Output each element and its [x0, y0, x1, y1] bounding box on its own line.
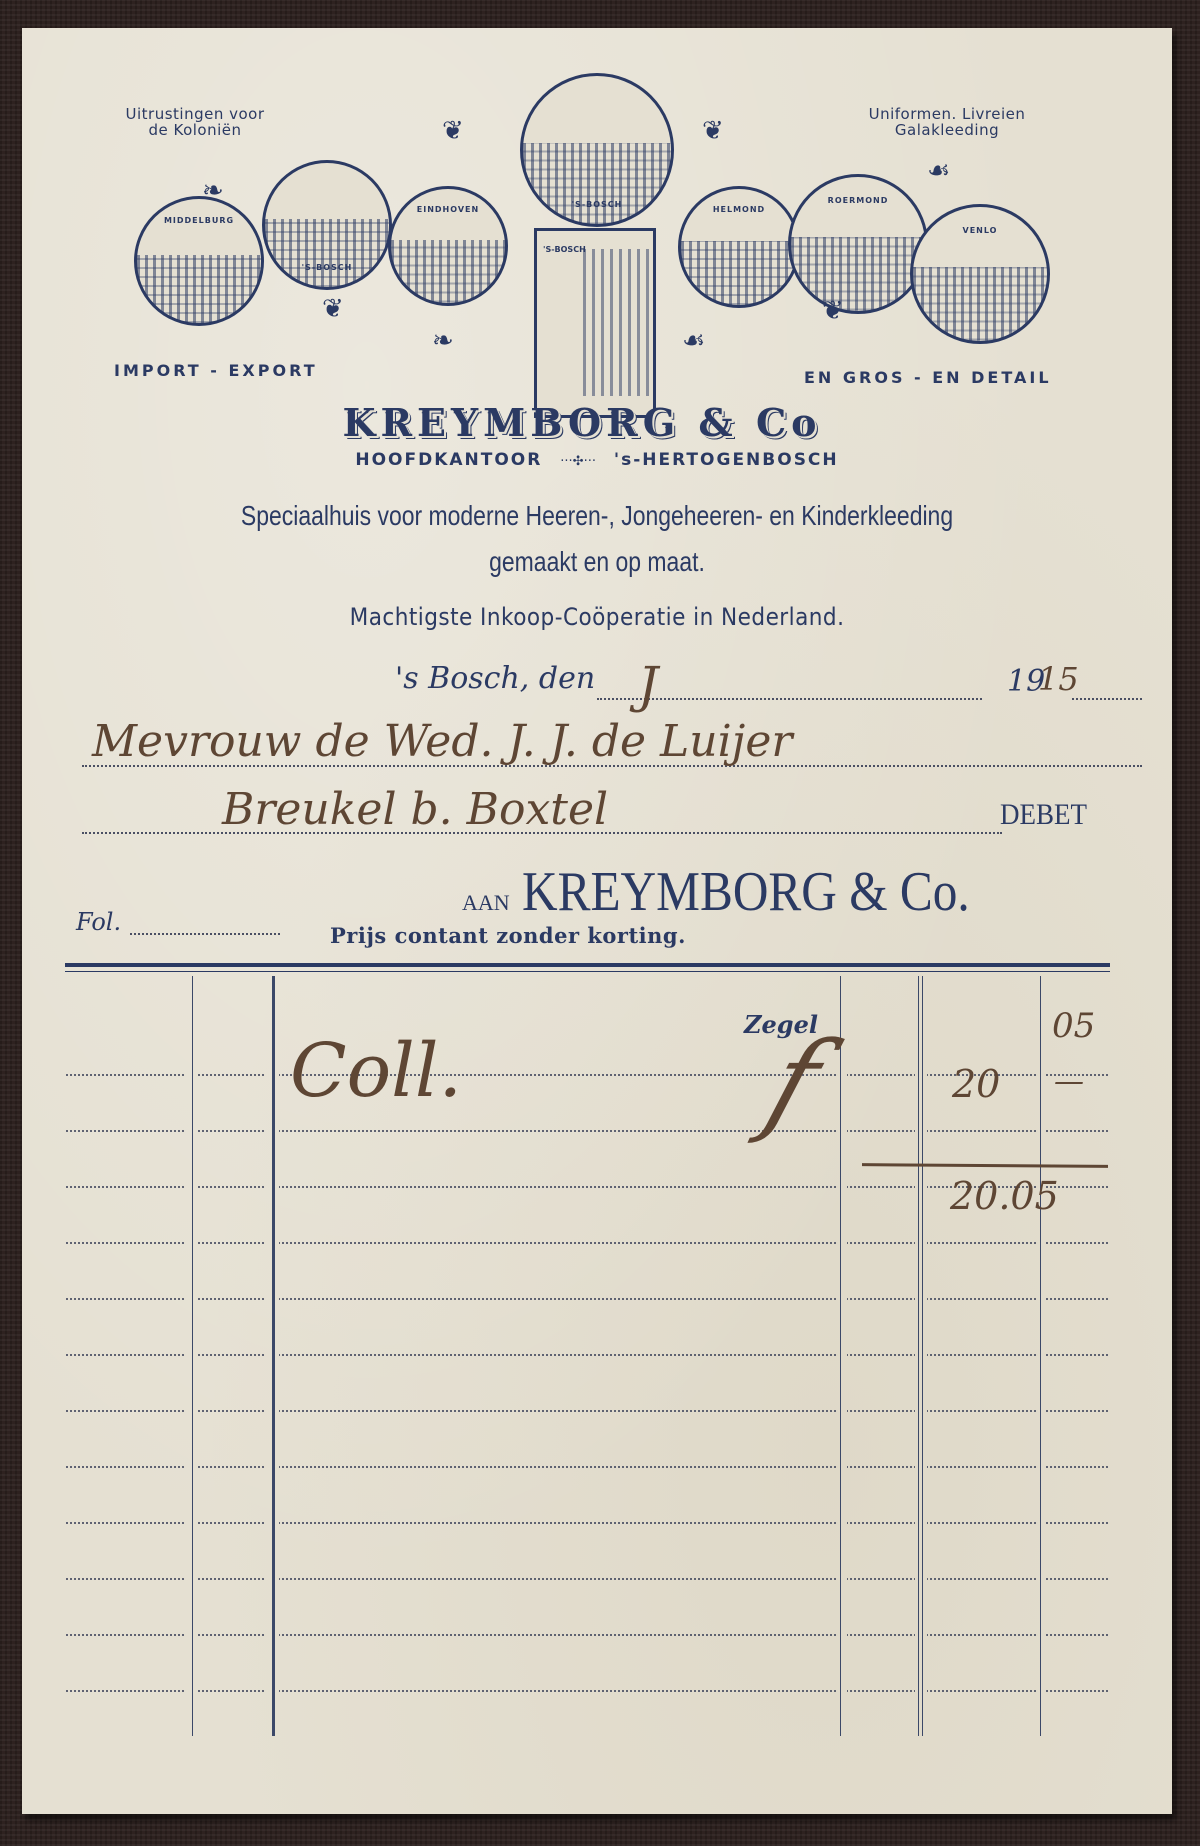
medallion-roermond: ROERMOND [788, 174, 928, 314]
uniforms-text: Uniformen. Livreien Galakleeding [852, 106, 1042, 138]
colonial-outfitting-text: Uitrustingen voor de Koloniën [110, 106, 280, 138]
amount-value: 20 [952, 1062, 1000, 1106]
made-to-measure-tagline: gemaakt en op maat. [126, 546, 1069, 578]
top-right-line-1: Uniformen. Livreien [852, 106, 1042, 122]
debet-label: DEBET [1000, 798, 1087, 832]
medallion-sbosch-rect: 'S-BOSCH [534, 228, 656, 418]
date-handwritten: J [638, 656, 658, 714]
dotted-row-lines [65, 1047, 1110, 1719]
medallion-sbosch-1: 'S-BOSCH [262, 160, 392, 290]
firm-name: KREYMBORG & Co. [522, 860, 970, 924]
head-office-city: 's-HERTOGENBOSCH [614, 450, 839, 470]
wholesale-retail-label: EN GROS - EN DETAIL [804, 368, 1052, 387]
stamp-cents-value: 05 [1052, 1006, 1095, 1046]
ledger-top-rule [65, 963, 1110, 967]
folio-field-line [130, 933, 280, 935]
payment-terms: Prijs contant zonder korting. [330, 923, 686, 948]
year-field-line [1072, 698, 1142, 700]
head-office-line: HOOFDKANTOOR ···✣··· 's-HERTOGENBOSCH [22, 450, 1172, 470]
year-handwritten: 15 [1038, 660, 1079, 698]
laurel-leaf-icon: ❧ [432, 328, 454, 354]
top-left-line-2: de Koloniën [110, 122, 280, 138]
ornament-separator-icon: ···✣··· [560, 454, 596, 469]
head-office-label: HOOFDKANTOOR [355, 450, 542, 470]
medallion-venlo: VENLO [910, 204, 1050, 344]
folio-label: Fol. [76, 908, 121, 936]
entry-description: Coll. [290, 1028, 462, 1114]
laurel-leaf-icon: ❧ [202, 178, 224, 204]
import-export-label: IMPORT - EXPORT [114, 361, 318, 380]
laurel-leaf-icon: ❦ [322, 296, 344, 322]
ledger-top-rule-thin [65, 971, 1110, 972]
medallion-helmond: HELMOND [678, 186, 800, 308]
laurel-leaf-icon: ☙ [927, 158, 950, 184]
amount-cents-value: — [1054, 1064, 1084, 1099]
laurel-leaf-icon: ❦ [442, 118, 464, 144]
specialty-tagline: Speciaalhuis voor moderne Heeren-, Jonge… [126, 500, 1069, 532]
place-date-label: 's Bosch, den [395, 661, 595, 696]
laurel-leaf-icon: ❦ [702, 118, 724, 144]
aan-label: AAN [462, 890, 510, 916]
addressee-place: Breukel b. Boxtel [222, 784, 608, 835]
laurel-leaf-icon: ❦ [822, 298, 844, 324]
top-right-line-2: Galakleeding [852, 122, 1042, 138]
laurel-leaf-icon: ☙ [682, 328, 705, 354]
cooperative-tagline: Machtigste Inkoop-Coöperatie in Nederlan… [80, 603, 1115, 631]
ledger-rows [65, 1047, 1110, 1719]
addressee-name: Mevrouw de Wed. J. J. de Luijer [92, 716, 792, 767]
medallion-sbosch-main: 'S-BOSCH [520, 73, 674, 227]
total-value: 20.05 [950, 1174, 1059, 1218]
company-logo-title: KREYMBORG & Co [22, 400, 1172, 445]
medallion-middelburg: MIDDELBURG [134, 196, 264, 326]
top-left-line-1: Uitrustingen voor [110, 106, 280, 122]
medallion-eindhoven: EINDHOVEN [388, 186, 508, 306]
invoice-paper: Uitrustingen voor de Koloniën Uniformen.… [22, 28, 1172, 1814]
